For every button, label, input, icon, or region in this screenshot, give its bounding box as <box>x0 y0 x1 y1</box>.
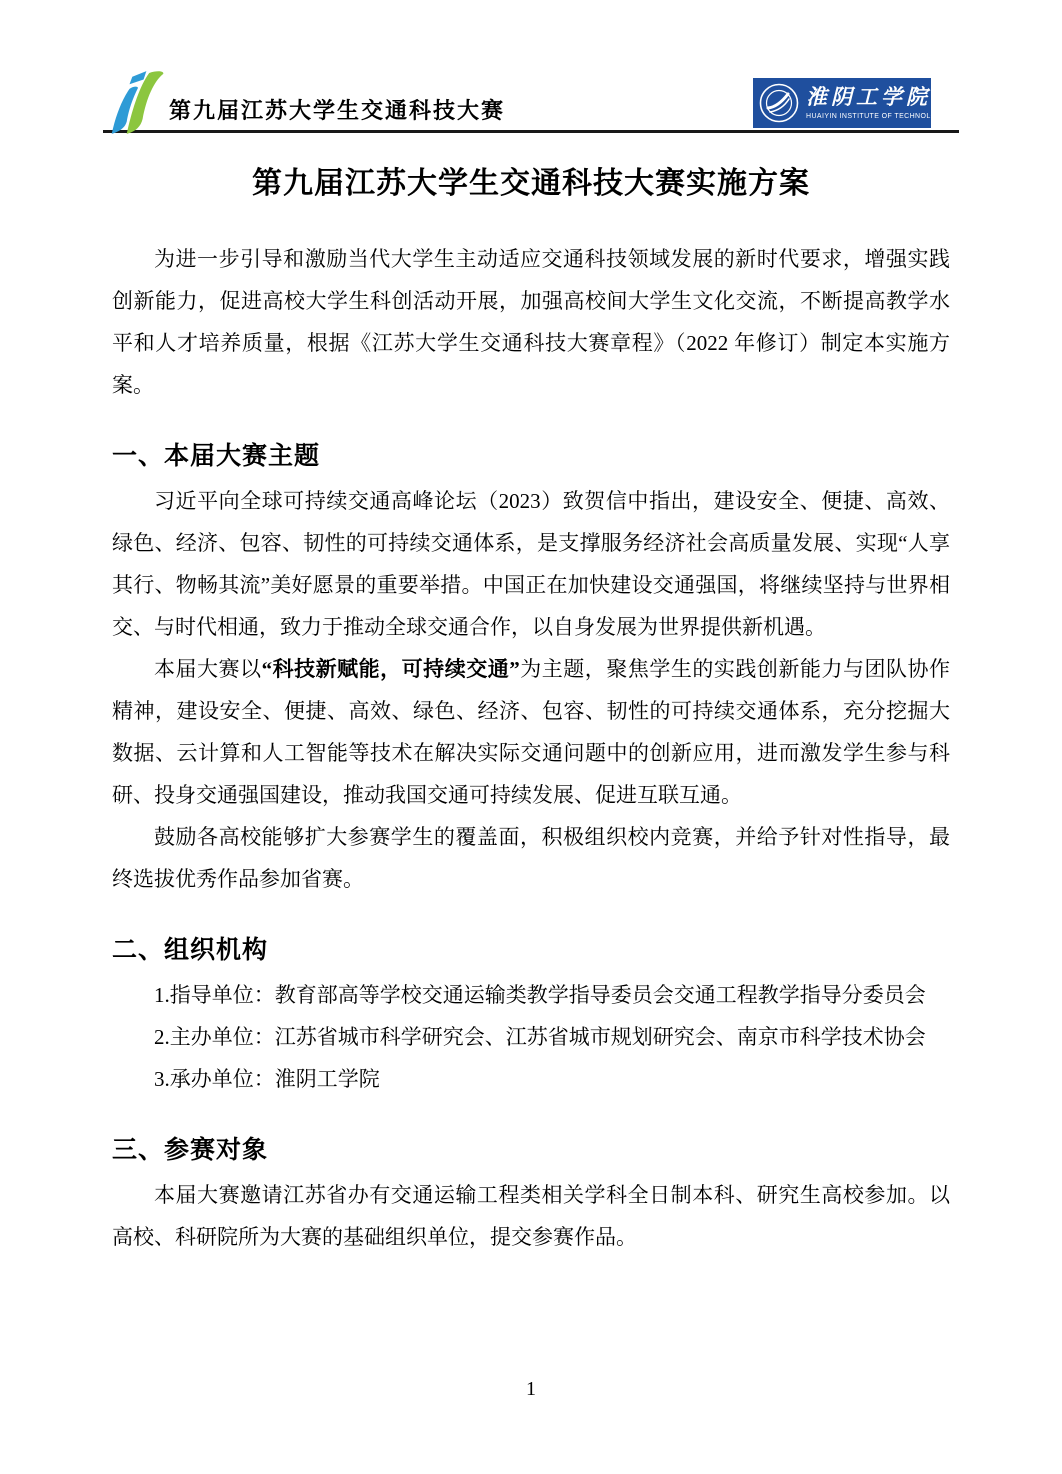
theme-bold-text: “科技新赋能，可持续交通” <box>262 657 520 681</box>
theme-context-paragraph: 习近平向全球可持续交通高峰论坛（2023）致贺信中指出，建设安全、便捷、高效、绿… <box>112 480 950 648</box>
theme-pre-text: 本届大赛以 <box>154 657 262 681</box>
university-logo: 淮阴工学院 HUAIYIN INSTITUTE OF TECHNOLOGY <box>753 78 931 128</box>
page-header: 第九届江苏大学生交通科技大赛 淮阴工学院 HUAIYIN INSTITUTE O… <box>103 68 959 133</box>
organization-item-organizer: 3.承办单位：淮阴工学院 <box>112 1058 950 1100</box>
document-title: 第九届江苏大学生交通科技大赛实施方案 <box>112 158 950 202</box>
participants-paragraph: 本届大赛邀请江苏省办有交通运输工程类相关学科全日制本科、研究生高校参加。以高校、… <box>112 1174 950 1258</box>
encouragement-paragraph: 鼓励各高校能够扩大参赛学生的覆盖面，积极组织校内竞赛，并给予针对性指导，最终选拔… <box>112 816 950 900</box>
section-heading-participants: 三、参赛对象 <box>112 1130 950 1166</box>
university-name-en: HUAIYIN INSTITUTE OF TECHNOLOGY <box>806 113 923 120</box>
j-swoosh-icon <box>107 68 167 136</box>
intro-paragraph: 为进一步引导和激励当代大学生主动适应交通科技领域发展的新时代要求，增强实践创新能… <box>112 238 950 406</box>
document-body: 第九届江苏大学生交通科技大赛实施方案 为进一步引导和激励当代大学生主动适应交通科… <box>112 130 950 1258</box>
document-page: 第九届江苏大学生交通科技大赛 淮阴工学院 HUAIYIN INSTITUTE O… <box>0 0 1062 1474</box>
header-banner-title: 第九届江苏大学生交通科技大赛 <box>169 94 505 125</box>
section-heading-organization: 二、组织机构 <box>112 930 950 966</box>
section-heading-theme: 一、本届大赛主题 <box>112 436 950 472</box>
competition-logo <box>107 68 167 136</box>
theme-statement-paragraph: 本届大赛以“科技新赋能，可持续交通”为主题，聚焦学生的实践创新能力与团队协作精神… <box>112 648 950 816</box>
organization-item-host: 2.主办单位：江苏省城市科学研究会、江苏省城市规划研究会、南京市科学技术协会 <box>112 1016 950 1058</box>
organization-item-guidance: 1.指导单位：教育部高等学校交通运输类教学指导委员会交通工程教学指导分委员会 <box>112 974 950 1016</box>
page-number: 1 <box>0 1378 1062 1401</box>
university-name-cn: 淮阴工学院 <box>806 86 923 109</box>
university-emblem-icon <box>759 83 799 123</box>
university-name-block: 淮阴工学院 HUAIYIN INSTITUTE OF TECHNOLOGY <box>806 86 923 119</box>
